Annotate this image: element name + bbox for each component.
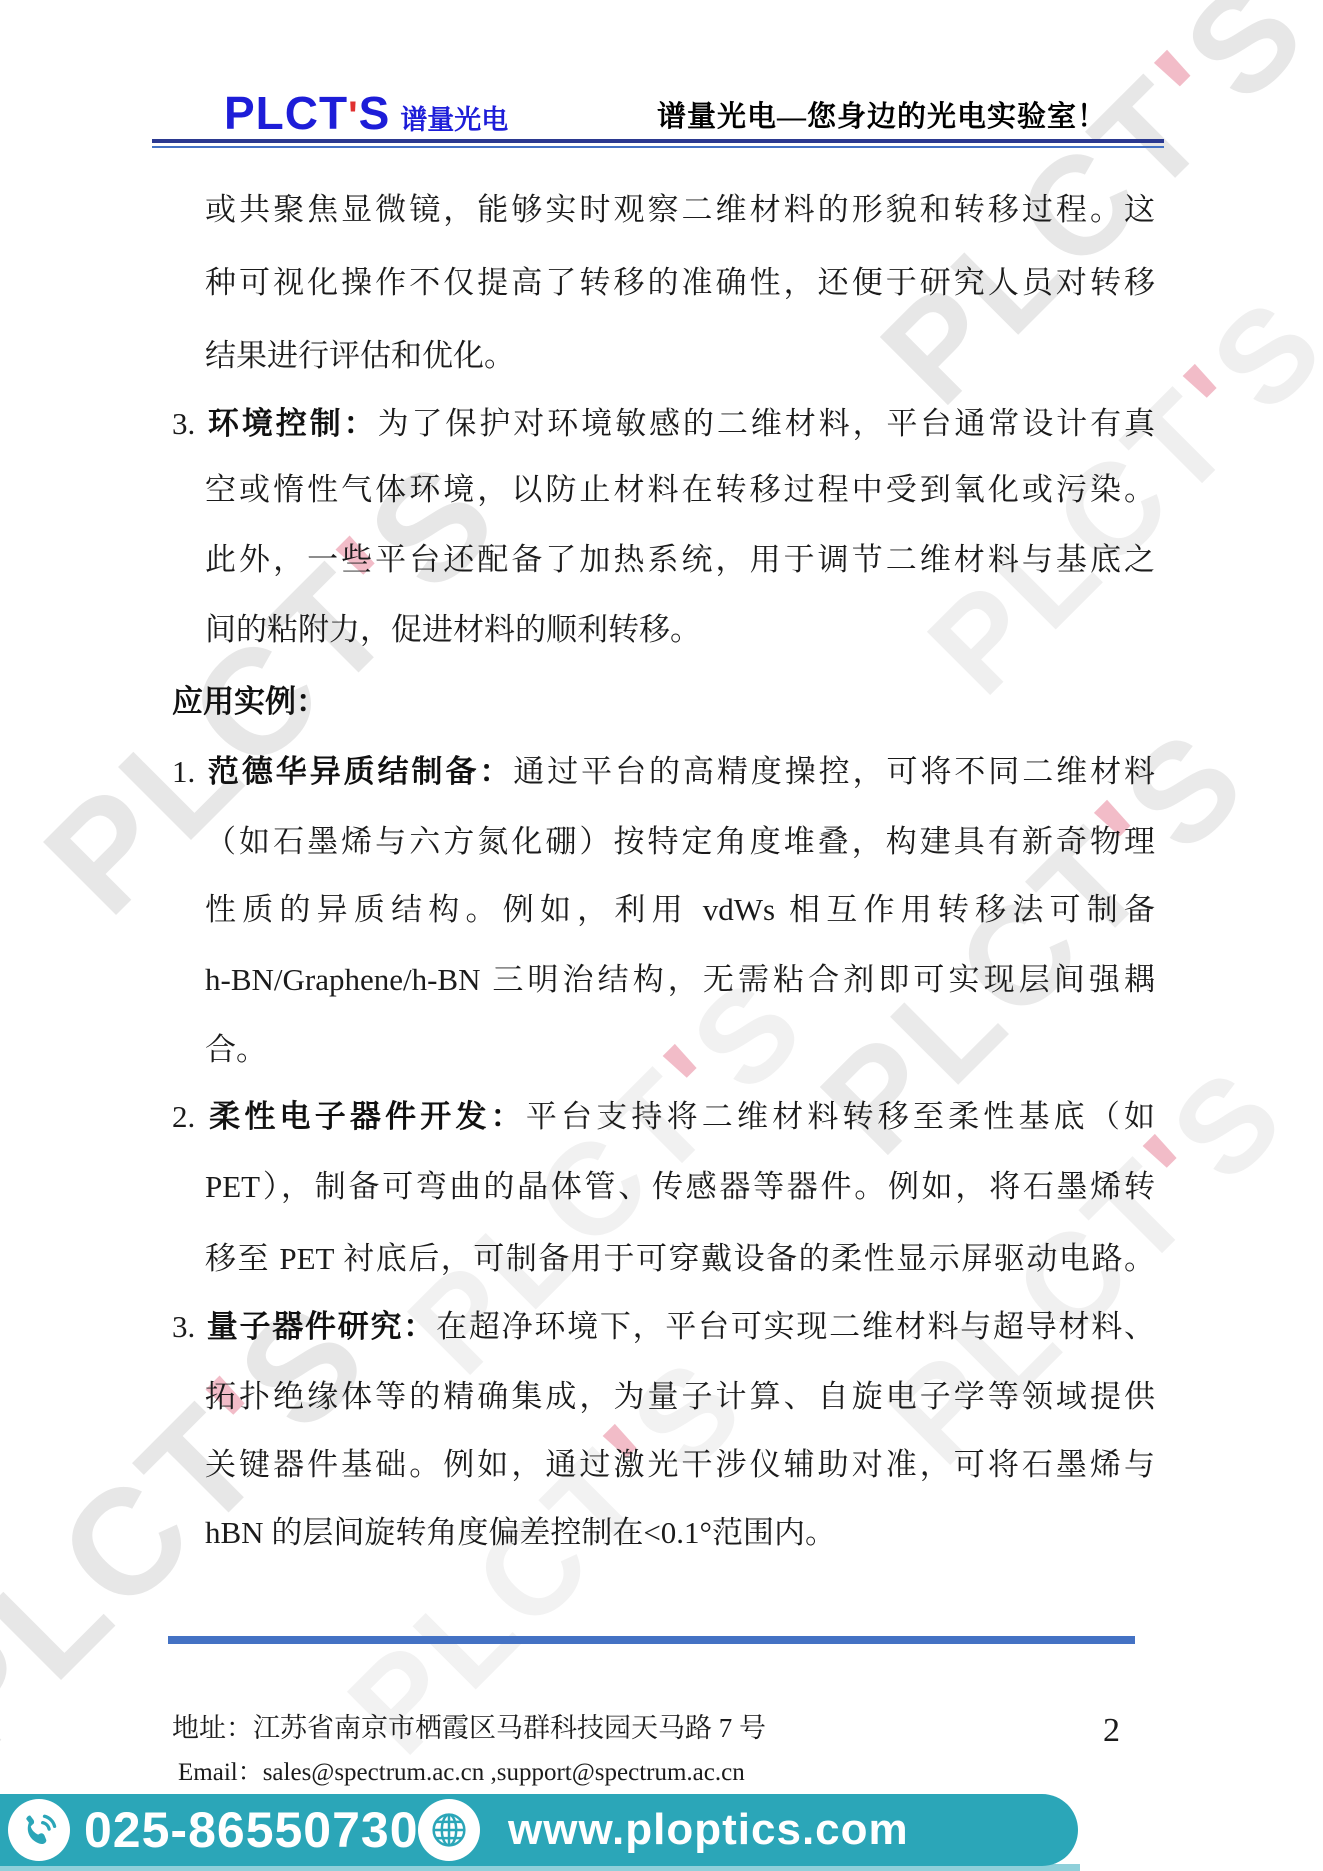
body-line: PET），制备可弯曲的晶体管、传感器等器件。例如，将石墨烯转 <box>205 1164 1155 1210</box>
body-line: h-BN/Graphene/h-BN 三明治结构，无需粘合剂即可实现层间强耦 <box>205 957 1155 1003</box>
list-term: 柔性电子器件开发： <box>205 1099 526 1134</box>
list-lead-text: 通过平台的高精度操控，可将不同二维材料 <box>513 754 1155 789</box>
section-heading-applications: 应用实例： <box>172 679 327 725</box>
list-number: 1. <box>172 749 205 795</box>
list-number: 3. <box>172 401 205 447</box>
list-item-environment-control: 3.环境控制：为了保护对环境敏感的二维材料，平台通常设计有真 <box>172 401 1155 447</box>
website-url: www.ploptics.com <box>508 1794 909 1866</box>
watermark-text: PLCT <box>13 532 426 945</box>
footer-divider <box>168 1636 1135 1644</box>
page-number: 2 <box>1103 1712 1120 1750</box>
body-line: 间的粘附力，促进材料的顺利转移。 <box>205 607 1155 653</box>
globe-icon <box>418 1799 480 1861</box>
list-lead-text: 平台支持将二维材料转移至柔性基底（如 <box>526 1099 1155 1134</box>
logo-chinese-name: 谱量光电 <box>400 105 508 136</box>
body-line: （如石墨烯与六方氮化硼）按特定角度堆叠，构建具有新奇物理 <box>205 819 1155 865</box>
list-term: 范德华异质结制备： <box>205 754 513 789</box>
list-lead-text: 为了保护对环境敏感的二维材料，平台通常设计有真 <box>378 406 1155 441</box>
body-line: 结果进行评估和优化。 <box>205 333 1155 379</box>
body-line: 拓扑绝缘体等的精确集成，为量子计算、自旋电子学等领域提供 <box>205 1374 1155 1420</box>
body-line: 性质的异质结构。例如，利用 vdWs 相互作用转移法可制备 <box>205 887 1155 933</box>
body-line: hBN 的层间旋转角度偏差控制在<0.1°范围内。 <box>205 1510 1155 1556</box>
list-term: 环境控制： <box>205 406 378 441</box>
header-slogan: 谱量光电—您身边的光电实验室！ <box>657 94 1107 135</box>
list-number: 2. <box>172 1094 205 1140</box>
phone-number: 025-86550730 <box>84 1794 419 1866</box>
body-line: 关键器件基础。例如，通过激光干涉仪辅助对准，可将石墨烯与 <box>205 1442 1155 1488</box>
document-page: PLCT'S PLCT'S PLCT'S PLCT'S PLCT'S PLCT'… <box>0 0 1323 1871</box>
logo-text: S <box>359 87 391 139</box>
list-term: 量子器件研究： <box>205 1309 436 1344</box>
list-item-flexible-electronics: 2.柔性电子器件开发：平台支持将二维材料转移至柔性基底（如 <box>172 1094 1155 1140</box>
list-number: 3. <box>172 1304 205 1350</box>
body-line: 空或惰性气体环境，以防止材料在转移过程中受到氧化或污染。 <box>205 467 1155 513</box>
list-item-quantum-devices: 3.量子器件研究：在超净环境下，平台可实现二维材料与超导材料、 <box>172 1304 1155 1350</box>
phone-icon <box>8 1799 70 1861</box>
body-line: 移至 PET 衬底后，可制备用于可穿戴设备的柔性显示屏驱动电路。 <box>205 1236 1155 1282</box>
logo-text: PLCT <box>224 87 348 139</box>
body-line: 合。 <box>205 1027 1155 1073</box>
body-line: 种可视化操作不仅提高了转移的准确性，还便于研究人员对转移 <box>205 260 1155 306</box>
logo-wordmark: PLCT'S <box>224 90 390 136</box>
company-logo: PLCT'S 谱量光电 <box>224 90 508 136</box>
header-divider <box>152 139 1164 148</box>
body-line: 或共聚焦显微镜，能够实时观察二维材料的形貌和转移过程。这 <box>205 187 1155 233</box>
footer-email: Email：sales@spectrum.ac.cn ,support@spec… <box>178 1752 745 1788</box>
list-item-vdw-heterostructure: 1.范德华异质结制备：通过平台的高精度操控，可将不同二维材料 <box>172 749 1155 795</box>
footer-address: 地址：江苏省南京市栖霞区马群科技园天马路 7 号 <box>172 1706 766 1745</box>
logo-apostrophe: ' <box>348 94 359 138</box>
list-lead-text: 在超净环境下，平台可实现二维材料与超导材料、 <box>436 1309 1155 1344</box>
body-line: 此外，一些平台还配备了加热系统，用于调节二维材料与基底之 <box>205 537 1155 583</box>
